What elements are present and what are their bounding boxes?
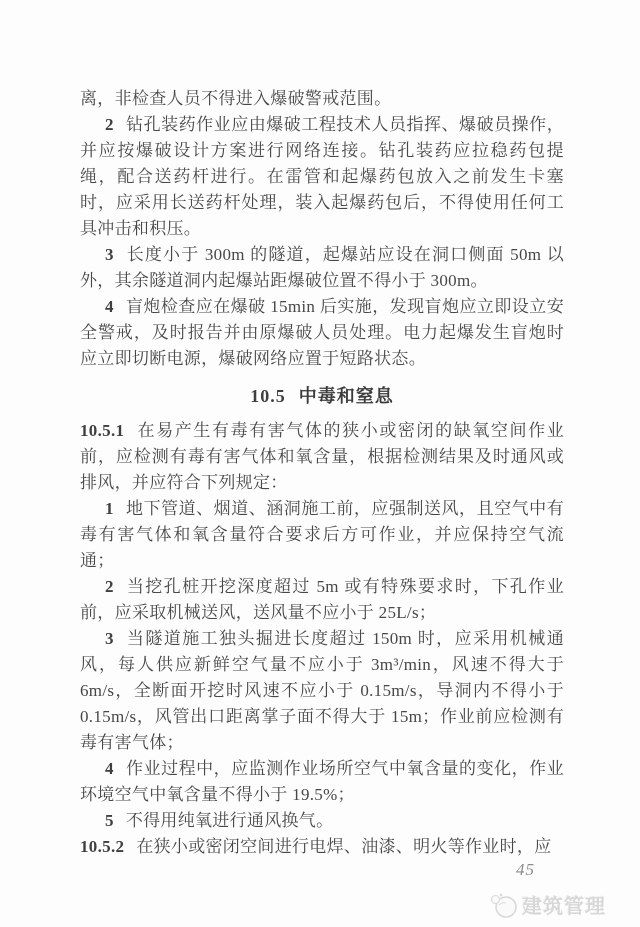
paragraph-number: 5	[105, 811, 114, 830]
paragraph-number: 3	[105, 629, 114, 648]
text-block: 离，非检查人员不得进入爆破警戒范围。2钻孔装药作业应由爆破工程技术人员指挥、爆破…	[80, 86, 564, 860]
item-paragraph: 2当挖孔桩开挖深度超过 5m 或有特殊要求时，下孔作业前，应采取机械送风，送风量…	[80, 574, 564, 626]
item-paragraph: 2钻孔装药作业应由爆破工程技术人员指挥、爆破员操作，并应按爆破设计方案进行网络连…	[80, 112, 564, 242]
paragraph-text: 离，非检查人员不得进入爆破警戒范围。	[80, 89, 391, 108]
paragraph-number: 4	[105, 297, 114, 316]
paragraph-text: 钻孔装药作业应由爆破工程技术人员指挥、爆破员操作，并应按爆破设计方案进行网络连接…	[80, 115, 564, 238]
paragraph-number: 4	[105, 759, 114, 778]
section-heading: 10.5中毒和窒息	[80, 383, 564, 409]
document-page: 离，非检查人员不得进入爆破警戒范围。2钻孔装药作业应由爆破工程技术人员指挥、爆破…	[0, 0, 640, 927]
paragraph-number: 2	[105, 115, 114, 134]
paragraph-text: 盲炮检查应在爆破 15min 后实施，发现盲炮应立即设立安全警戒，及时报告并由原…	[80, 297, 564, 368]
heading-title: 中毒和窒息	[299, 386, 394, 406]
paragraph-number: 3	[105, 245, 114, 264]
heading-number: 10.5	[250, 386, 286, 406]
paragraph-number: 1	[105, 499, 114, 518]
paragraph-text: 作业过程中，应监测作业场所空气中氧含量的变化，作业环境空气中氧含量不得小于 19…	[80, 759, 564, 804]
clause-paragraph: 10.5.1在易产生有毒有害气体的狭小或密闭的缺氧空间作业前，应检测有毒有害气体…	[80, 418, 564, 496]
paragraph-number: 10.5.1	[80, 421, 124, 440]
paragraph-text: 不得用纯氧进行通风换气。	[126, 811, 334, 830]
watermark-text: 建筑管理	[522, 890, 606, 919]
paragraph-text: 地下管道、烟道、涵洞施工前，应强制送风，且空气中有毒有害气体和氧含量符合要求后方…	[80, 499, 564, 570]
item-paragraph: 4作业过程中，应监测作业场所空气中氧含量的变化，作业环境空气中氧含量不得小于 1…	[80, 756, 564, 808]
paragraph-text: 在易产生有毒有害气体的狭小或密闭的缺氧空间作业前，应检测有毒有害气体和氧含量，根…	[80, 421, 564, 492]
paragraph-text: 当挖孔桩开挖深度超过 5m 或有特殊要求时，下孔作业前，应采取机械送风，送风量不…	[80, 577, 564, 622]
watermark: 建筑管理	[489, 890, 606, 919]
item-paragraph: 4盲炮检查应在爆破 15min 后实施，发现盲炮应立即设立安全警戒，及时报告并由…	[80, 294, 564, 372]
paragraph-text: 在狭小或密闭空间进行电焊、油漆、明火等作业时，应	[136, 837, 551, 856]
clause-paragraph: 10.5.2在狭小或密闭空间进行电焊、油漆、明火等作业时，应	[80, 834, 564, 860]
item-paragraph: 1地下管道、烟道、涵洞施工前，应强制送风，且空气中有毒有害气体和氧含量符合要求后…	[80, 496, 564, 574]
item-paragraph: 5不得用纯氧进行通风换气。	[80, 808, 564, 834]
item-paragraph: 3当隧道施工独头掘进长度超过 150m 时，应采用机械通风，每人供应新鲜空气量不…	[80, 626, 564, 756]
paragraph-text: 当隧道施工独头掘进长度超过 150m 时，应采用机械通风，每人供应新鲜空气量不应…	[80, 629, 564, 752]
paragraph: 离，非检查人员不得进入爆破警戒范围。	[80, 86, 564, 112]
page-number: 45	[516, 860, 535, 880]
paragraph-number: 10.5.2	[80, 837, 124, 856]
paragraph-text: 长度小于 300m 的隧道，起爆站应设在洞口侧面 50m 以外，其余隧道洞内起爆…	[80, 245, 564, 290]
paragraph-number: 2	[105, 577, 114, 596]
item-paragraph: 3长度小于 300m 的隧道，起爆站应设在洞口侧面 50m 以外，其余隧道洞内起…	[80, 242, 564, 294]
watermark-logo-icon	[489, 891, 519, 919]
